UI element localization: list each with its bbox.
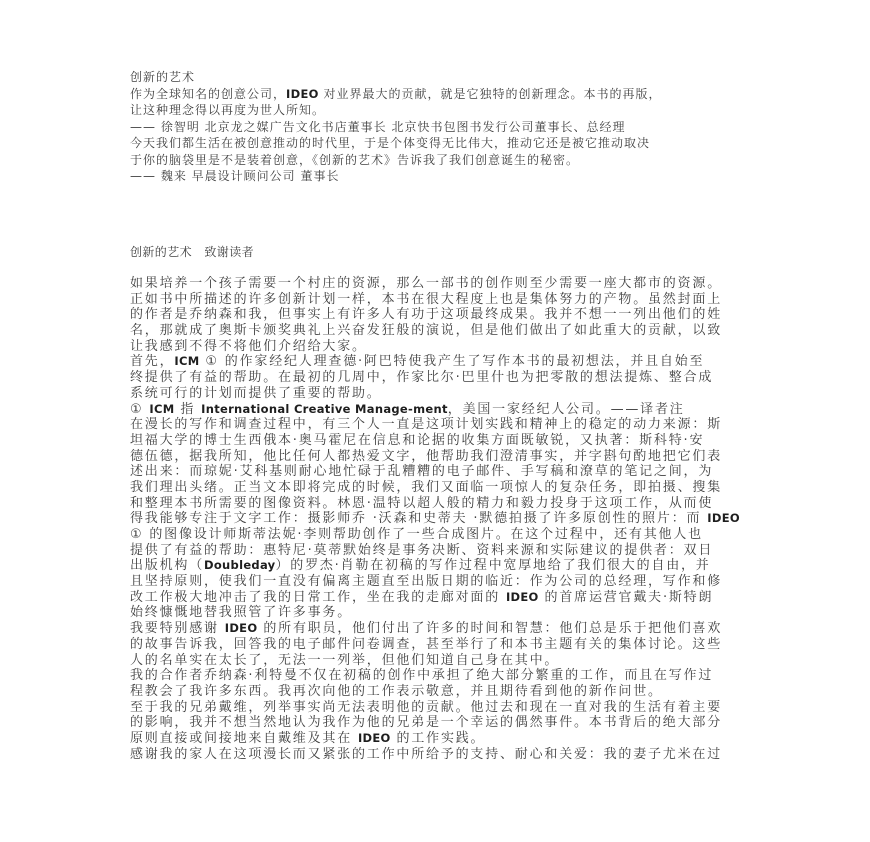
text-line: 我的合作者乔纳森·利特曼不仅在初稿的创作中承担了绝大部分繁重的工作，而且在写作过 xyxy=(130,668,740,684)
text-line: 原则直接或间接地来自戴维及其在 IDEO 的工作实践。 xyxy=(130,731,740,747)
text-line: 我们理出头绪。正当文本即将完成的时候，我们又面临一项惊人的复杂任务，即拍摄、搜集 xyxy=(130,480,740,496)
bold-term: International Creative Manage-ment xyxy=(201,402,448,416)
text-line: 的故事告诉我，回答我的电子邮件问卷调查，甚至举行了和本书主题有关的集体讨论。这些 xyxy=(130,637,740,653)
bold-term: ICM xyxy=(174,354,199,368)
text-line: —— 魏来 早晨设计顾问公司 董事长 xyxy=(130,168,662,185)
document-page: 创新的艺术作为全球知名的创意公司，IDEO 对业界最大的贡献，就是它独特的创新理… xyxy=(0,0,870,842)
bold-term: IDEO xyxy=(707,511,740,525)
text-line: 且坚持原则，使我们一直没有偏离主题直至出版日期的临近：作为公司的总经理，写作和修 xyxy=(130,574,740,590)
text-line: 改工作极大地冲击了我的日常工作，坐在我的走廊对面的 IDEO 的首席运营官戴夫·… xyxy=(130,590,740,606)
text-line: 在漫长的写作和调查过程中，有三个人一直是这项计划实践和精神上的稳定的动力来源：斯 xyxy=(130,417,740,433)
text-line: 始终慷慨地替我照管了许多事务。 xyxy=(130,605,740,621)
text-line: 的作者是乔纳森和我，但事实上有许多人有功于这项最终成果。我并不想一一列出他们的姓 xyxy=(130,307,740,323)
text-line: 的影响，我并不想当然地认为我作为他的兄弟是一个幸运的偶然事件。本书背后的绝大部分 xyxy=(130,715,740,731)
bold-term: Doubleday xyxy=(204,558,275,572)
text-line: 首先，ICM ① 的作家经纪人理查德·阿巴特使我产生了写作本书的最初想法，并且自… xyxy=(130,354,740,370)
acknowledgements-block: 如果培养一个孩子需要一个村庄的资源，那么一部书的创作则至少需要一座大都市的资源。… xyxy=(130,276,740,762)
text-line: 让这种理念得以再度为世人所知。 xyxy=(130,102,662,119)
text-line: 提供了有益的帮助：惠特尼·莫蒂默始终是事务决断、资料来源和实际建议的提供者：双日 xyxy=(130,543,740,559)
text-line: 出版机构（Doubleday）的罗杰·肖勒在初稿的写作过程中宽厚地给了我们很大的… xyxy=(130,558,740,574)
text-line: 我要特别感谢 IDEO 的所有职员，他们付出了许多的时间和智慧：他们总是乐于把他… xyxy=(130,621,740,637)
text-line: 如果培养一个孩子需要一个村庄的资源，那么一部书的创作则至少需要一座大都市的资源。 xyxy=(130,276,740,292)
text-line: 创新的艺术 致谢读者 xyxy=(130,244,254,260)
text-line: 述出来：而琼妮·艾科基则耐心地忙碌于乱糟糟的电子邮件、手写稿和潦草的笔记之间，为 xyxy=(130,464,740,480)
text-line: 和整理本书所需要的图像资料。林恩·温特以超人般的精力和毅力投身于这项工作，从而使 xyxy=(130,496,740,512)
text-line: 正如书中所描述的许多创新计划一样，本书在很大程度上也是集体努力的产物。虽然封面上 xyxy=(130,292,740,308)
text-line: 德伍德，据我所知，他比任何人都热爱文字，他帮助我们澄清事实，并字斟句酌地把它们表 xyxy=(130,449,740,465)
endorsements-block: 创新的艺术作为全球知名的创意公司，IDEO 对业界最大的贡献，就是它独特的创新理… xyxy=(130,69,662,185)
bold-term: ICM xyxy=(149,402,174,416)
text-line: 名，那就成了奥斯卡颁奖典礼上兴奋发狂般的演说，但是他们做出了如此重大的贡献，以致 xyxy=(130,323,740,339)
text-line: 坦福大学的博士生西俄本·奥马霍尼在信息和论据的收集方面既敏锐，又执著：斯科特·安 xyxy=(130,433,740,449)
text-line: 程教会了我许多东西。我再次向他的工作表示敬意，并且期待看到他的新作问世。 xyxy=(130,684,740,700)
text-line: 得我能够专注于文字工作：摄影师乔 ·沃森和史蒂夫 ·默德拍摄了许多原创性的照片：… xyxy=(130,511,740,527)
bold-term: IDEO xyxy=(358,731,391,745)
text-line: 创新的艺术 xyxy=(130,69,662,86)
text-line: 今天我们都生活在被创意推动的时代里，于是个体变得无比伟大，推动它还是被它推动取决 xyxy=(130,135,662,152)
text-line: 人的名单实在太长了，无法一一列举，但他们知道自己身在其中。 xyxy=(130,653,740,669)
text-line: 感谢我的家人在这项漫长而又紧张的工作中所给予的支持、耐心和关爱：我的妻子尤米在过 xyxy=(130,747,740,763)
text-line: 作为全球知名的创意公司，IDEO 对业界最大的贡献，就是它独特的创新理念。本书的… xyxy=(130,86,662,103)
bold-term: IDEO xyxy=(225,621,258,635)
bold-term: IDEO xyxy=(286,87,319,101)
text-line: 系统可行的计划而提供了重要的帮助。 xyxy=(130,386,740,402)
section-heading-block: 创新的艺术 致谢读者 xyxy=(130,244,254,260)
text-line: 让我感到不得不将他们介绍给大家。 xyxy=(130,339,740,355)
text-line: 终提供了有益的帮助。在最初的几周中，作家比尔·巴里什也为把零散的想法提炼、整合成 xyxy=(130,370,740,386)
text-line: ① 的图像设计师斯蒂法妮·李则帮助创作了一些合成图片。在这个过程中，还有其他人也 xyxy=(130,527,740,543)
text-line: 至于我的兄弟戴维，列举事实尚无法表明他的贡献。他过去和现在一直对我的生活有着主要 xyxy=(130,700,740,716)
text-line: —— 徐智明 北京龙之媒广告文化书店董事长 北京快书包图书发行公司董事长、总经理 xyxy=(130,119,662,136)
text-line: ① ICM 指 International Creative Manage-me… xyxy=(130,402,740,418)
bold-term: IDEO xyxy=(506,590,539,604)
text-line: 于你的脑袋里是不是装着创意，《创新的艺术》告诉我了我们创意诞生的秘密。 xyxy=(130,152,662,169)
